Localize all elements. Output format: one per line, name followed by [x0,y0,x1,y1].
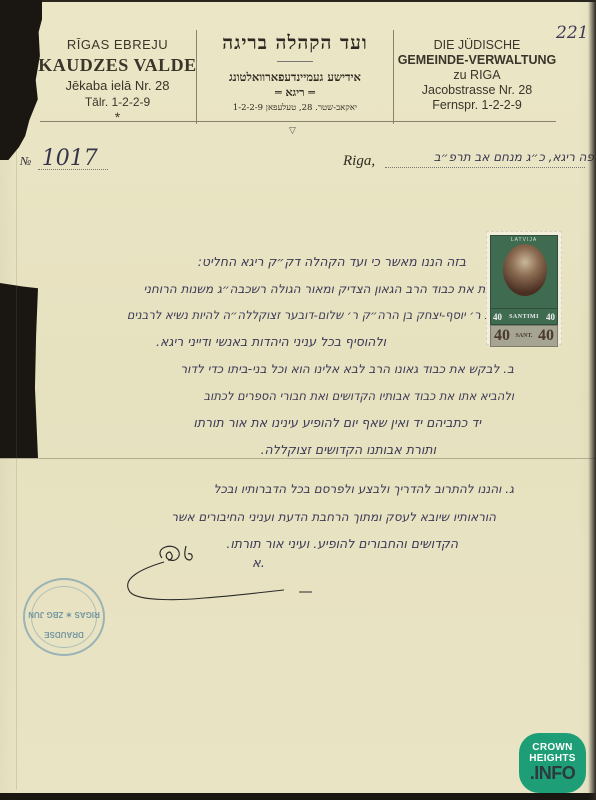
letterhead-yiddish-subtitle: אידישע געמיינדעפארוואלטונג [197,70,393,84]
letterhead-hebrew: ועד הקהלה בריגה אידישע געמיינדעפארוואלטו… [196,30,394,124]
letterhead-yiddish-address: יאקאב-שטר. 28, טעלעפאן 1-2-2-9 [197,102,393,113]
body-line: ב. לבקש את כבוד גאונו הרב לבא אלינו הוא … [180,362,514,376]
letterhead-latvian-phone: Tālr. 1-2-2-9 [30,95,205,109]
stamp-currency: SANTIMI [509,314,539,320]
number-sign: № [20,154,31,168]
revenue-stamp: LATVIJA 40 SANTIMI 40 40 SANT. 40 [486,231,562,345]
seal-text-bottom: RIGAS ✶ ZBG JUN [25,610,103,619]
vertical-fold-line [16,150,17,790]
signature-initial: א. [252,556,265,571]
seal-text-top: DRAUDSE [25,630,103,639]
body-line: ולהביא אתו את כבוד אבותיו הקדושים ואת חב… [204,389,514,403]
body-line: א. למנות את כבוד הרב הגאון הצדיק ומאור ה… [144,282,524,296]
letterhead-german-city: zu RIGA [392,68,562,82]
body-line: הרה״ג ר׳ יוסף-יצחק בן הרה״ק ר׳ שלום-דובע… [127,308,518,322]
body-line: ולהוסיף בכל עניני היהדות באנשי ודייני רי… [156,334,386,349]
stamp-value-row: 40 SANTIMI 40 [490,309,558,325]
horizontal-fold-line [0,458,596,459]
stamp-country: LATVIJA [491,237,557,243]
archive-number: 221 [556,23,588,43]
letterhead-latvian-address: Jēkaba ielā Nr. 28 [30,78,205,93]
letterhead-german-line1: DIE JÜDISCHE [392,38,562,52]
body-line: ותורת אבותנו הקדושים זצוקללה. [261,442,436,457]
letterhead-divider [277,61,313,62]
asterisk-icon: * [30,109,205,125]
body-line: יד כתביהם יד ואין שאף יום להופיע עינינו … [193,415,481,430]
document-number-underline [38,169,108,170]
ink-seal: DRAUDSE RIGAS ✶ ZBG JUN [23,578,105,656]
stamp-portrait-panel: LATVIJA [490,235,558,309]
crownheights-info-badge: CROWN HEIGHTS .INFO [519,733,586,793]
triangle-marker-icon: ▽ [289,125,296,136]
dateline-place: Riga, [343,153,375,170]
dateline-underline [385,167,585,168]
stamp-counterfoil-right: 40 [538,327,554,345]
document-number-value: 1017 [42,146,98,171]
letterhead-rule [40,121,556,122]
letterhead-latvian-line1: RĪGAS EBREJU [30,37,205,52]
stamp-counterfoil-label: SANT. [515,333,532,339]
badge-line3: .INFO [519,764,586,782]
letterhead-yiddish-city: ═ ריגא ═ [197,86,393,99]
body-line: בזה הננו מאשר כי ועד הקהלה דק״ק ריגא החל… [198,254,466,269]
scan-right-edge [588,0,596,800]
badge-line1: CROWN [519,743,586,753]
letterhead-german-address: Jacobstrasse Nr. 28 [392,83,562,97]
stamp-counterfoil-left: 40 [494,327,510,345]
letterhead-hebrew-title: ועד הקהלה בריגה [197,32,393,55]
letterhead-german-phone: Fernspr. 1-2-2-9 [392,98,562,112]
stamp-denomination-right: 40 [546,312,555,322]
portrait-icon [503,244,547,296]
body-line: ג. והננו להתרוב להדריך ולבצע ולפרסם בכל … [214,482,514,496]
letterhead-latvian-org: KAUDZES VALDE [30,55,205,76]
signature [124,540,324,610]
body-line: הוראותיו שיובא לעסק ומתוך הרחבת הדעת וענ… [171,510,496,524]
letterhead-latvian: RĪGAS EBREJU KAUDZES VALDE Jēkaba ielā N… [30,0,205,124]
letterhead-german-org: GEMEINDE-VERWALTUNG [392,53,562,67]
document-number: № 1017 [20,146,98,171]
stamp-denomination-left: 40 [493,312,502,322]
dateline-hebrew-date: פה ריגא, כ״ג מנחם אב תרפ״ב [414,150,594,164]
letterhead-german: DIE JÜDISCHE GEMEINDE-VERWALTUNG zu RIGA… [392,0,562,124]
stamp-counterfoil: 40 SANT. 40 [490,325,558,347]
scan-bottom-edge [0,793,596,800]
torn-edge-mid-left [0,283,38,458]
